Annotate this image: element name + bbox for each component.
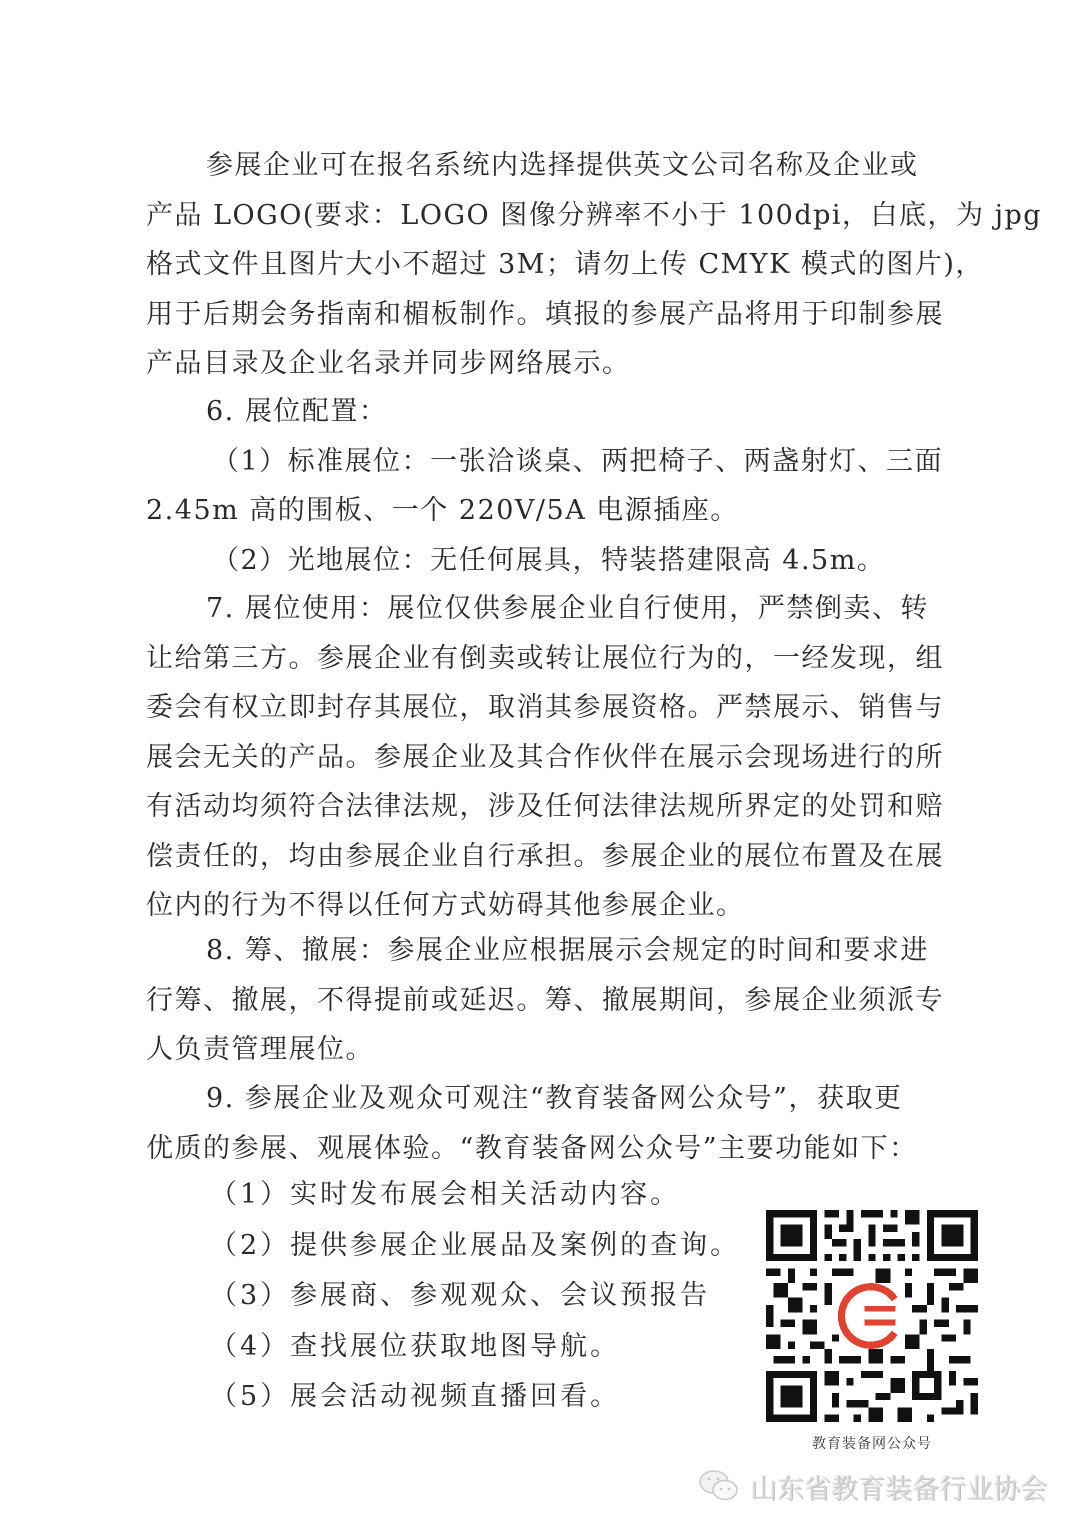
text-line: 参展企业可在报名系统内选择提供英文公司名称及企业或 xyxy=(146,141,946,191)
wechat-icon xyxy=(698,1468,740,1504)
intro-paragraph: 参展企业可在报名系统内选择提供英文公司名称及企业或 产品 LOGO(要求：LOG… xyxy=(146,141,946,389)
section-8-setup-dismantle: 8. 筹、撤展：参展企业应根据展示会规定的时间和要求进 行筹、撤展，不得提前或延… xyxy=(146,926,946,1075)
document-page: 参展企业可在报名系统内选择提供英文公司名称及企业或 产品 LOGO(要求：LOG… xyxy=(0,0,1080,1527)
section-9-official-account: 9. 参展企业及观众可观注“教育装备网公众号”，获取更 优质的参展、观展体验。“… xyxy=(146,1074,946,1173)
list-item: （3）参展商、参观观众、会议预报告 xyxy=(210,1271,740,1322)
feature-list: （1）实时发布展会相关活动内容。 （2）提供参展企业展品及案例的查询。 （3）参… xyxy=(210,1170,740,1423)
list-item: （1）实时发布展会相关活动内容。 xyxy=(210,1170,740,1221)
text-line: 位内的行为不得以任何方式妨碍其他参展企业。 xyxy=(146,881,946,931)
list-item: （2）提供参展企业展品及案例的查询。 xyxy=(210,1221,740,1272)
text-line: 人负责管理展位。 xyxy=(146,1025,946,1075)
text-line: 优质的参展、观展体验。“教育装备网公众号”主要功能如下： xyxy=(146,1124,946,1174)
text-line: 委会有权立即封存其展位，取消其参展资格。严禁展示、销售与 xyxy=(146,683,946,733)
text-line: 格式文件且图片大小不超过 3M；请勿上传 CMYK 模式的图片)， xyxy=(146,240,946,290)
text-line: 行筹、撤展，不得提前或延迟。筹、撤展期间，参展企业须派专 xyxy=(146,976,946,1026)
text-line: 7. 展位使用：展位仅供参展企业自行使用，严禁倒卖、转 xyxy=(146,584,946,634)
text-line: 偿责任的，均由参展企业自行承担。参展企业的展位布置及在展 xyxy=(146,832,946,882)
text-line: 让给第三方。参展企业有倒卖或转让展位行为的，一经发现，组 xyxy=(146,634,946,684)
qr-code[interactable] xyxy=(766,1210,978,1422)
section-6-booth-configuration: 6. 展位配置： （1）标准展位：一张洽谈桌、两把椅子、两盏射灯、三面 2.45… xyxy=(146,387,946,585)
watermark-text: 山东省教育装备行业协会 xyxy=(750,1467,1047,1506)
list-item: （5）展会活动视频直播回看。 xyxy=(210,1372,740,1423)
text-line: 8. 筹、撤展：参展企业应根据展示会规定的时间和要求进 xyxy=(146,926,946,976)
watermark: 山东省教育装备行业协会 xyxy=(698,1466,1047,1506)
text-line: 2.45m 高的围板、一个 220V/5A 电源插座。 xyxy=(146,486,946,536)
text-line: （2）光地展位：无任何展具，特装搭建限高 4.5m。 xyxy=(146,536,946,586)
text-line: 9. 参展企业及观众可观注“教育装备网公众号”，获取更 xyxy=(146,1074,946,1124)
section-heading: 6. 展位配置： xyxy=(146,387,946,437)
section-7-booth-usage: 7. 展位使用：展位仅供参展企业自行使用，严禁倒卖、转 让给第三方。参展企业有倒… xyxy=(146,584,946,931)
list-item: （4）查找展位获取地图导航。 xyxy=(210,1322,740,1373)
text-line: （1）标准展位：一张洽谈桌、两把椅子、两盏射灯、三面 xyxy=(146,437,946,487)
qr-code-icon xyxy=(766,1210,978,1422)
text-line: 用于后期会务指南和楣板制作。填报的参展产品将用于印制参展 xyxy=(146,290,946,340)
text-line: 展会无关的产品。参展企业及其合作伙伴在展示会现场进行的所 xyxy=(146,733,946,783)
qr-code-caption: 教育装备网公众号 xyxy=(766,1433,978,1453)
text-line: 产品目录及企业名录并同步网络展示。 xyxy=(146,339,946,389)
text-line: 有活动均须符合法律法规，涉及任何法律法规所界定的处罚和赔 xyxy=(146,782,946,832)
text-line: 产品 LOGO(要求：LOGO 图像分辨率不小于 100dpi，白底，为 jpg xyxy=(146,191,946,241)
